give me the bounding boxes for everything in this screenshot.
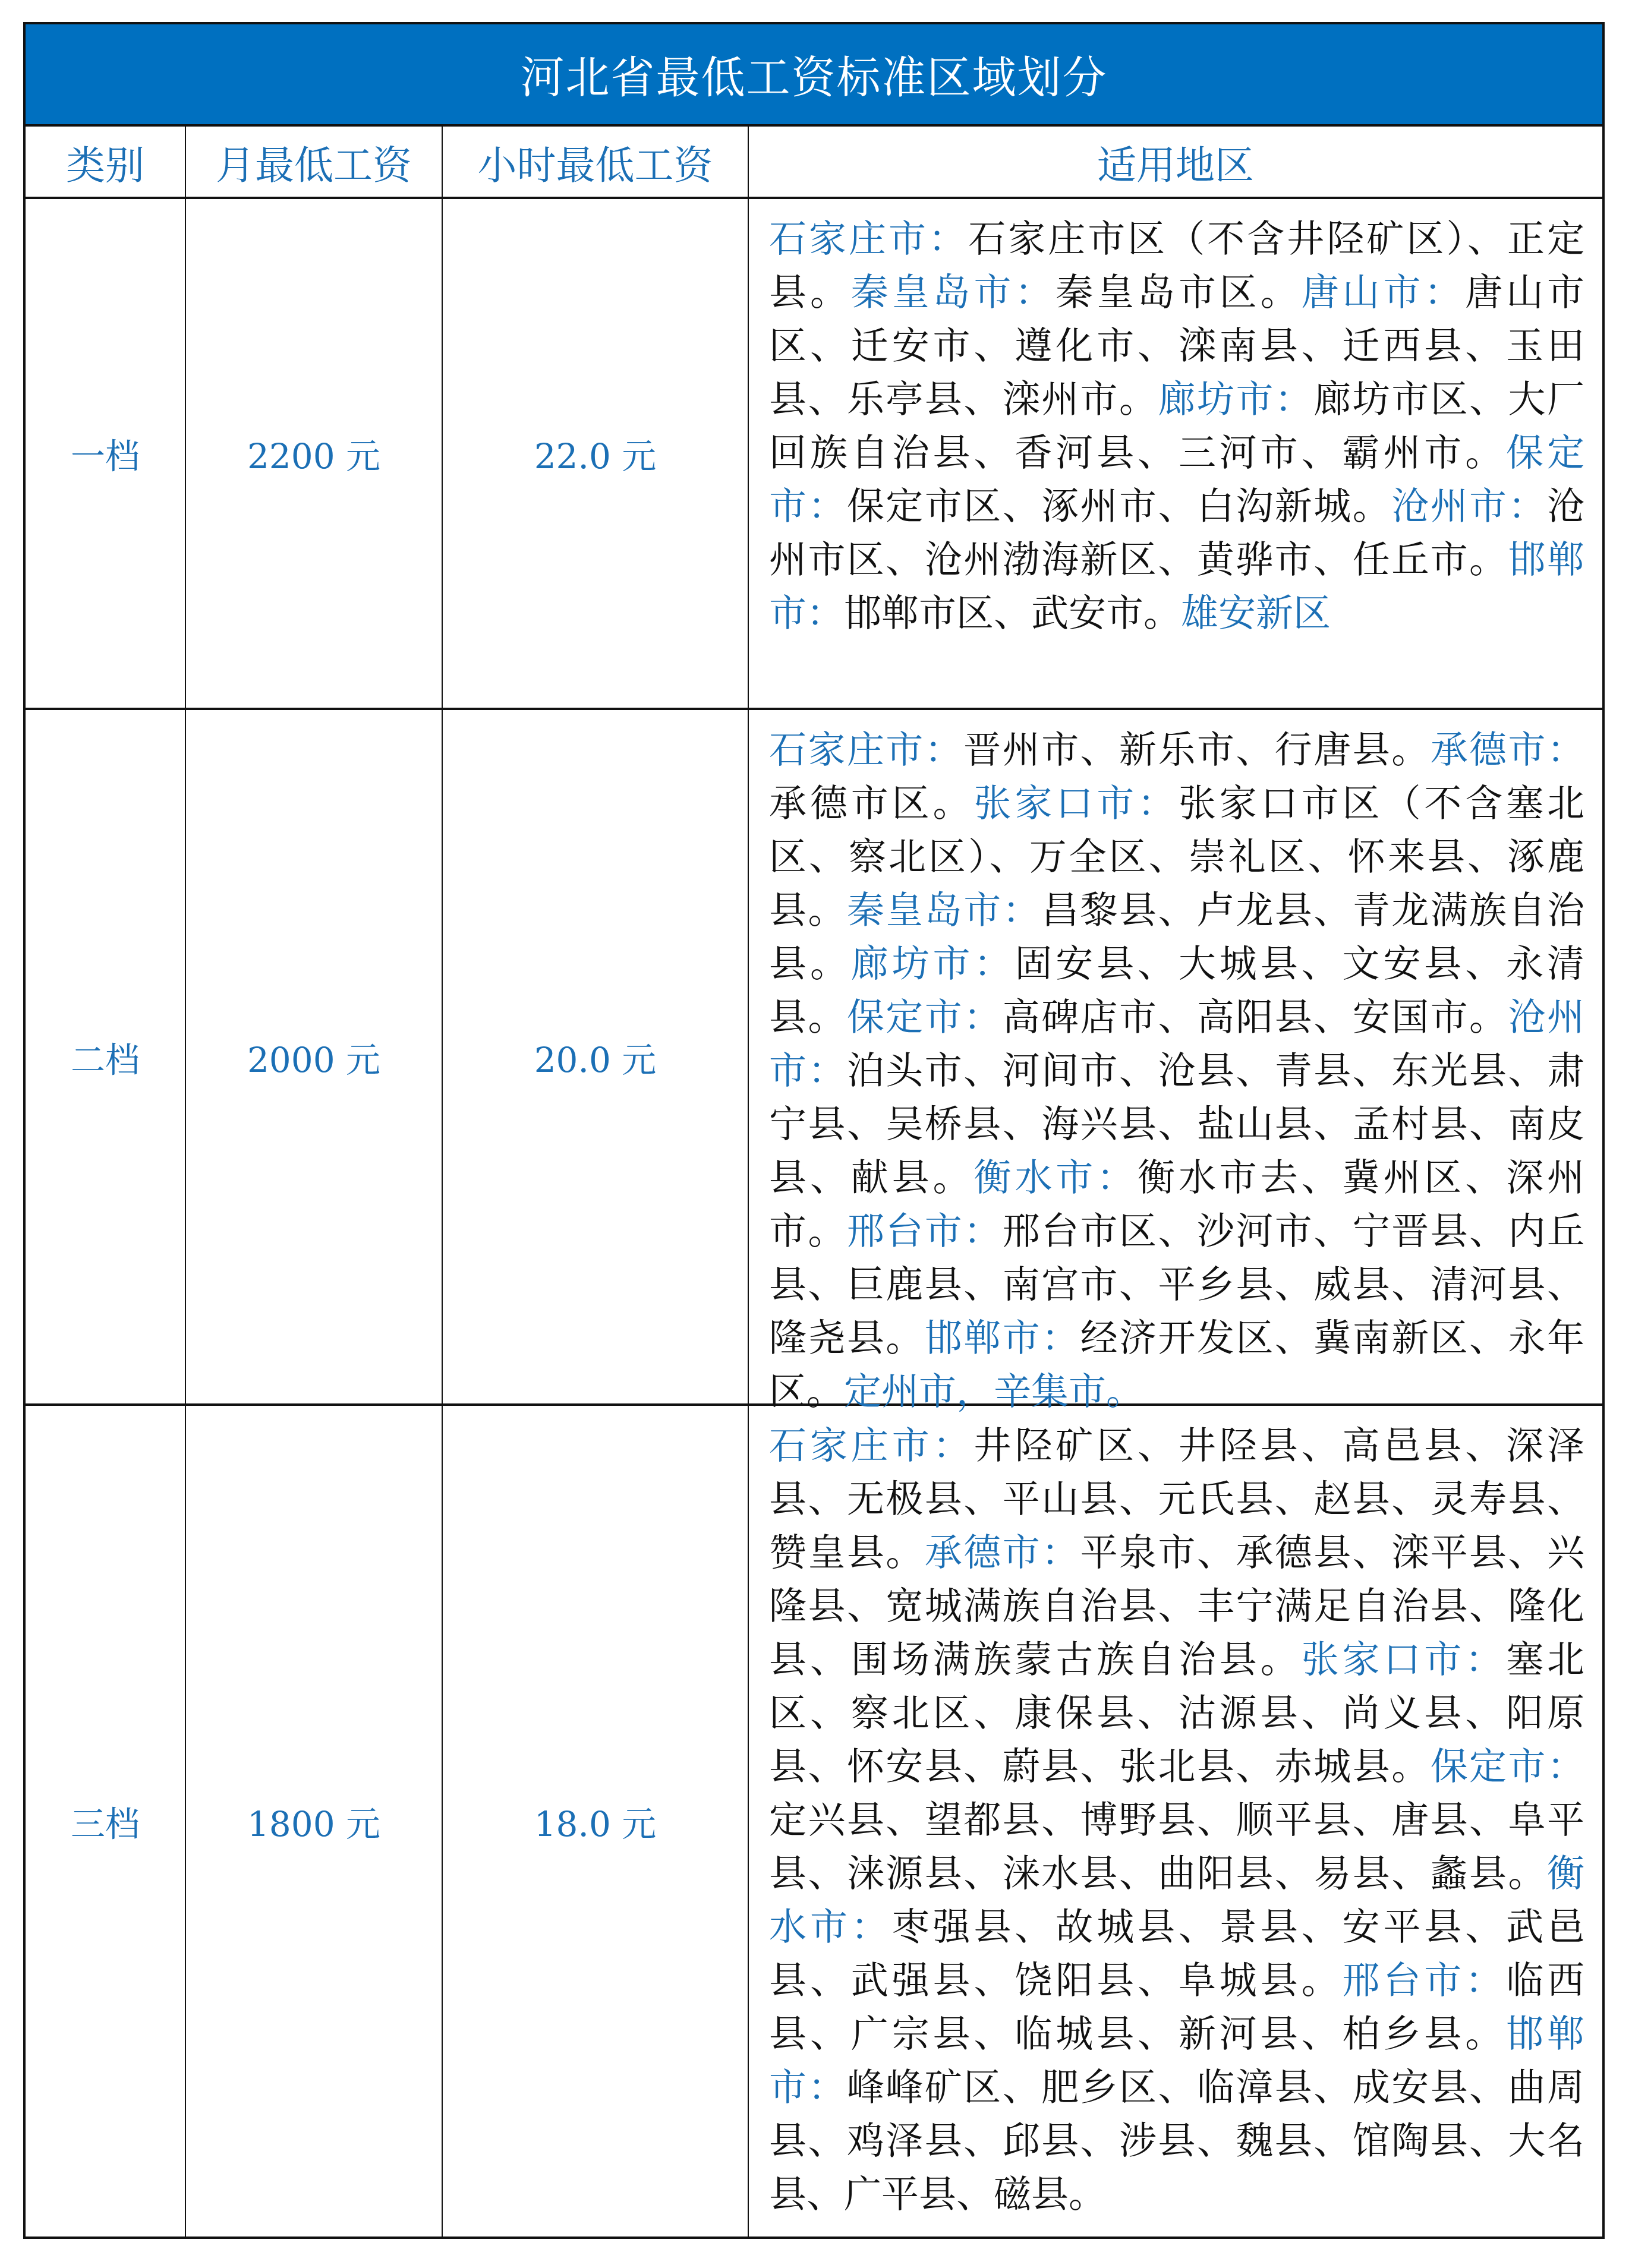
category-cell: 二档 — [26, 710, 186, 1403]
wage-standards-table: 河北省最低工资标准区域划分 类别 月最低工资 小时最低工资 适用地区 一档 22… — [23, 22, 1605, 2239]
table-title: 河北省最低工资标准区域划分 — [26, 24, 1602, 127]
city-name: 保定市： — [1431, 1745, 1584, 1788]
city-name: 邢台市： — [1343, 1958, 1507, 2002]
city-name: 廊坊市： — [851, 942, 1015, 985]
hourly-wage-cell: 22.0 元 — [443, 199, 749, 708]
hourly-wage-cell: 20.0 元 — [443, 710, 749, 1403]
table-row: 一档 2200 元 22.0 元 石家庄市：石家庄市区（不含井陉矿区）、正定县。… — [26, 199, 1602, 710]
district-list: 定兴县、望都县、博野县、顺平县、唐县、阜平县、涞源县、涞水县、曲阳县、易县、蠡县… — [769, 1798, 1584, 1895]
city-name: 张家口市： — [1302, 1638, 1506, 1681]
city-name: 唐山市： — [1302, 270, 1466, 314]
district-list: 高碑店市、高阳县、安国市。 — [1003, 995, 1508, 1039]
hourly-wage-cell: 18.0 元 — [443, 1406, 749, 2237]
city-name: 廊坊市： — [1158, 377, 1314, 421]
header-regions: 适用地区 — [749, 127, 1602, 197]
district-list: 峰峰矿区、肥乡区、临漳县、成安县、曲周县、鸡泽县、邱县、涉县、魏县、馆陶县、大名… — [769, 2065, 1584, 2216]
regions-cell: 石家庄市：井陉矿区、井陉县、高邑县、深泽县、无极县、平山县、元氏县、赵县、灵寿县… — [749, 1406, 1602, 2237]
city-name: 石家庄市： — [769, 728, 963, 771]
city-name: 雄安新区 — [1181, 591, 1331, 635]
city-name: 秦皇岛市： — [851, 270, 1056, 314]
city-name: 衡水市： — [973, 1156, 1138, 1199]
regions-text: 石家庄市：井陉矿区、井陉县、高邑县、深泽县、无极县、平山县、元氏县、赵县、灵寿县… — [769, 1419, 1584, 2221]
city-name: 承德市： — [1431, 728, 1584, 771]
regions-cell: 石家庄市：石家庄市区（不含井陉矿区）、正定县。秦皇岛市：秦皇岛市区。唐山市：唐山… — [749, 199, 1602, 708]
header-row: 类别 月最低工资 小时最低工资 适用地区 — [26, 127, 1602, 199]
city-name: 邯郸市： — [925, 1316, 1080, 1359]
regions-text: 石家庄市：晋州市、新乐市、行唐县。承德市：承德市区。张家口市：张家口市区（不含塞… — [769, 723, 1584, 1418]
table-row: 三档 1800 元 18.0 元 石家庄市：井陉矿区、井陉县、高邑县、深泽县、无… — [26, 1406, 1602, 2237]
city-name: 邢台市： — [847, 1209, 1003, 1253]
table-row: 二档 2000 元 20.0 元 石家庄市：晋州市、新乐市、行唐县。承德市：承德… — [26, 710, 1602, 1406]
header-hourly-wage: 小时最低工资 — [443, 127, 749, 197]
city-name: 保定市： — [847, 995, 1003, 1039]
regions-text: 石家庄市：石家庄市区（不含井陉矿区）、正定县。秦皇岛市：秦皇岛市区。唐山市：唐山… — [769, 212, 1584, 640]
district-list: 承德市区。 — [769, 781, 973, 825]
district-list: 邯郸市区、武安市。 — [844, 591, 1181, 635]
monthly-wage-cell: 2200 元 — [186, 199, 443, 708]
monthly-wage-cell: 2000 元 — [186, 710, 443, 1403]
city-name: 沧州市： — [1391, 484, 1547, 528]
city-name: 石家庄市： — [769, 217, 968, 260]
header-category: 类别 — [26, 127, 186, 197]
district-list: 秦皇岛市区。 — [1056, 270, 1301, 314]
category-cell: 一档 — [26, 199, 186, 708]
header-monthly-wage: 月最低工资 — [186, 127, 443, 197]
monthly-wage-cell: 1800 元 — [186, 1406, 443, 2237]
city-name: 张家口市： — [973, 781, 1178, 825]
city-name: 秦皇岛市： — [847, 888, 1041, 932]
city-name: 石家庄市： — [769, 1424, 973, 1467]
city-name: 承德市： — [925, 1531, 1080, 1574]
regions-cell: 石家庄市：晋州市、新乐市、行唐县。承德市：承德市区。张家口市：张家口市区（不含塞… — [749, 710, 1602, 1403]
category-cell: 三档 — [26, 1406, 186, 2237]
district-list: 保定市区、涿州市、白沟新城。 — [847, 484, 1391, 528]
district-list: 晋州市、新乐市、行唐县。 — [963, 728, 1430, 771]
